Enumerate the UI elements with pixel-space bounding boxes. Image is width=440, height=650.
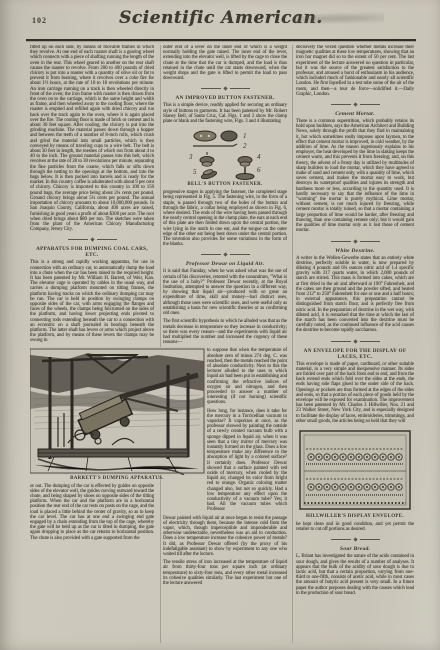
section-divider: [30, 235, 154, 244]
paragraph-button-1: This is a simple device, readily applied…: [163, 103, 287, 124]
section-divider: [296, 535, 414, 544]
paragraph-dewar-4: How long, for instance, does it take for…: [163, 409, 287, 513]
paragraph-dumping-2: or out. The dumping of the car is effect…: [30, 484, 154, 541]
column-right: decisively the vexed question whether me…: [296, 45, 414, 646]
section-divider: [163, 84, 287, 93]
paragraph-dewar-1: It is said that Faraday, when he was ask…: [163, 269, 287, 316]
engraving-button-fastener-icon: 1 2 3 4: [163, 127, 287, 181]
envelope-illustration-caption: HILLWILLER'S DISPLAY ENVELOPE.: [296, 514, 414, 519]
paragraph-dewar-5: Dewar painted with liquid air at once be…: [163, 516, 287, 558]
paragraph-cement-mortar: There is a common superstition, which pr…: [296, 119, 414, 233]
display-envelope-illustration: HILLWILLER'S DISPLAY ENVELOPE.: [296, 427, 414, 519]
engraving-display-envelope-icon: [296, 427, 414, 513]
paragraph-envelope-1: This envelope is made of paper, cardboar…: [296, 362, 414, 424]
paragraph-dewar-6: The tensile stress of iron increased at …: [163, 560, 287, 586]
button-illustration-caption: BELL'S BUTTON FASTENER.: [163, 182, 287, 187]
section-divider: [296, 100, 414, 109]
paragraph-magnetism: decisively the vexed question whether me…: [296, 45, 414, 97]
paragraph-dumping-1: This is a strong and rapidly working app…: [30, 260, 154, 343]
button-fastener-illustration: 1 2 3 4: [163, 127, 287, 187]
paragraph-sour-bread: L. Briant has investigated the nature of…: [296, 554, 414, 596]
section-divider: [296, 237, 414, 246]
paragraph-dewar-3: to suppose that when the temperature of …: [163, 348, 287, 405]
paragraph-dewar-2: The first scientific hypothesis to which…: [163, 319, 287, 345]
figure-label-5: 5: [193, 168, 197, 176]
paragraph-button-2: progressive stages in applying the faste…: [163, 190, 287, 247]
heading-sour-bread: Sour Bread.: [296, 546, 414, 552]
paragraph-chicory: fitted up on each side, by means of mova…: [30, 45, 154, 232]
section-divider: [296, 337, 414, 346]
column-middle: outer end of a lever on the inner end of…: [163, 45, 287, 646]
section-divider: [163, 250, 287, 259]
text-columns: fitted up on each side, by means of mova…: [30, 45, 414, 646]
scan-smudge: [294, 12, 384, 26]
heading-white-dextrine: White Dextrine.: [296, 248, 414, 254]
column-left: fitted up on each side, by means of mova…: [30, 45, 154, 646]
magazine-page: 102 Scientific American. fitted up on ea…: [0, 0, 440, 650]
figure-label-1: 1: [243, 132, 247, 140]
heading-display-envelope: AN ENVELOPE FOR THE DISPLAY OF LACES, ET…: [296, 348, 414, 360]
heading-button-fastener: AN IMPROVED BUTTON FASTENER.: [163, 95, 287, 101]
heading-cement-mortar: Cement Mortar.: [296, 111, 414, 117]
page-header: 102 Scientific American.: [28, 8, 414, 38]
paragraph-envelope-2: be kept clean and in good condition, and…: [296, 522, 414, 532]
paragraph-chute-gate: outer end of a lever on the inner end of…: [163, 45, 287, 81]
heading-dewar-liquid-air: Professor Dewar on Liquid Air.: [163, 261, 287, 267]
figure-label-2: 2: [243, 142, 247, 150]
figure-label-4: 4: [257, 153, 261, 161]
figure-label-6: 6: [257, 166, 261, 174]
heading-dumping-apparatus: APPARATUS FOR DUMPING COAL CARS, ETC.: [30, 246, 154, 258]
figure-label-3: 3: [188, 153, 193, 161]
paragraph-white-dextrine: A writer in the Wollen-Gewerbe states th…: [296, 256, 414, 334]
header-rule: [26, 39, 416, 41]
